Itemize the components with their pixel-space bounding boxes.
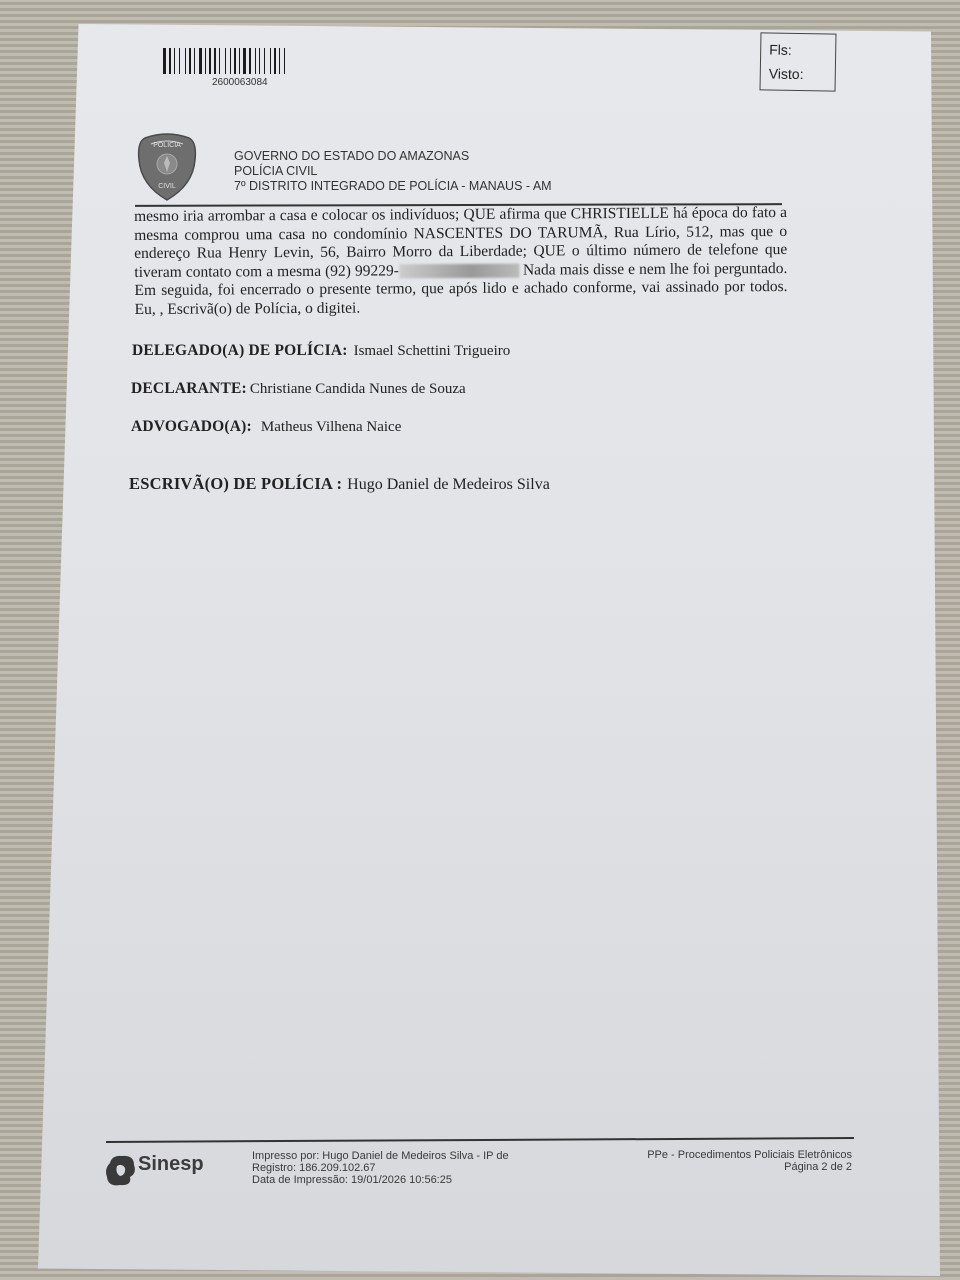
visto-label: Visto: (769, 61, 827, 86)
barcode-number: 2600063084 (212, 77, 268, 88)
signatory-role: ESCRIVÃ(O) DE POLÍCIA : (129, 474, 342, 493)
svg-text:CIVIL: CIVIL (158, 183, 176, 190)
signatory-declarante: DECLARANTE:Christiane Candida Nunes de S… (131, 380, 466, 398)
signatory-role: DECLARANTE: (131, 380, 247, 397)
signatory-advogado: ADVOGADO(A):Matheus Vilhena Naice (131, 418, 401, 436)
sinesp-logo-text: Sinesp (138, 1153, 204, 1176)
fls-label: Fls: (769, 37, 827, 62)
signatory-delegado: DELEGADO(A) DE POLÍCIA:Ismael Schettini … (132, 342, 510, 360)
redacted-phone (399, 264, 519, 279)
svg-text:POLÍCIA: POLÍCIA (153, 140, 181, 149)
registry-ip: Registro: 186.209.102.67 (252, 1162, 542, 1174)
signatory-role: ADVOGADO(A): (131, 418, 252, 435)
header-government: GOVERNO DO ESTADO DO AMAZONAS (234, 149, 552, 164)
system-name: PPe - Procedimentos Policiais Eletrônico… (612, 1149, 852, 1161)
sinesp-logo-icon (104, 1153, 138, 1189)
print-date: Data de Impressão: 19/01/2026 10:56:25 (252, 1174, 542, 1186)
signatory-role: DELEGADO(A) DE POLÍCIA: (132, 342, 348, 359)
printed-by: Impresso por: Hugo Daniel de Medeiros Si… (252, 1150, 542, 1162)
header-police: POLÍCIA CIVIL (234, 164, 552, 179)
header-district: 7º DISTRITO INTEGRADO DE POLÍCIA - MANAU… (234, 179, 552, 194)
signatory-name: Matheus Vilhena Naice (261, 419, 401, 435)
page-number: Página 2 de 2 (612, 1161, 852, 1173)
barcode (163, 48, 343, 74)
police-badge-icon: POLÍCIA CIVIL (137, 130, 197, 202)
stamp-box: Fls: Visto: (759, 32, 836, 91)
statement-body: mesmo iria arrombar a casa e colocar os … (134, 204, 788, 320)
signatory-name: Christiane Candida Nunes de Souza (250, 381, 466, 397)
signatory-name: Hugo Daniel de Medeiros Silva (347, 476, 550, 493)
print-info: Impresso por: Hugo Daniel de Medeiros Si… (252, 1150, 542, 1186)
document-header: GOVERNO DO ESTADO DO AMAZONAS POLÍCIA CI… (234, 149, 552, 194)
signatory-name: Ismael Schettini Trigueiro (354, 343, 511, 359)
system-info: PPe - Procedimentos Policiais Eletrônico… (612, 1149, 852, 1173)
signatory-escriva: ESCRIVÃ(O) DE POLÍCIA :Hugo Daniel de Me… (129, 474, 550, 494)
